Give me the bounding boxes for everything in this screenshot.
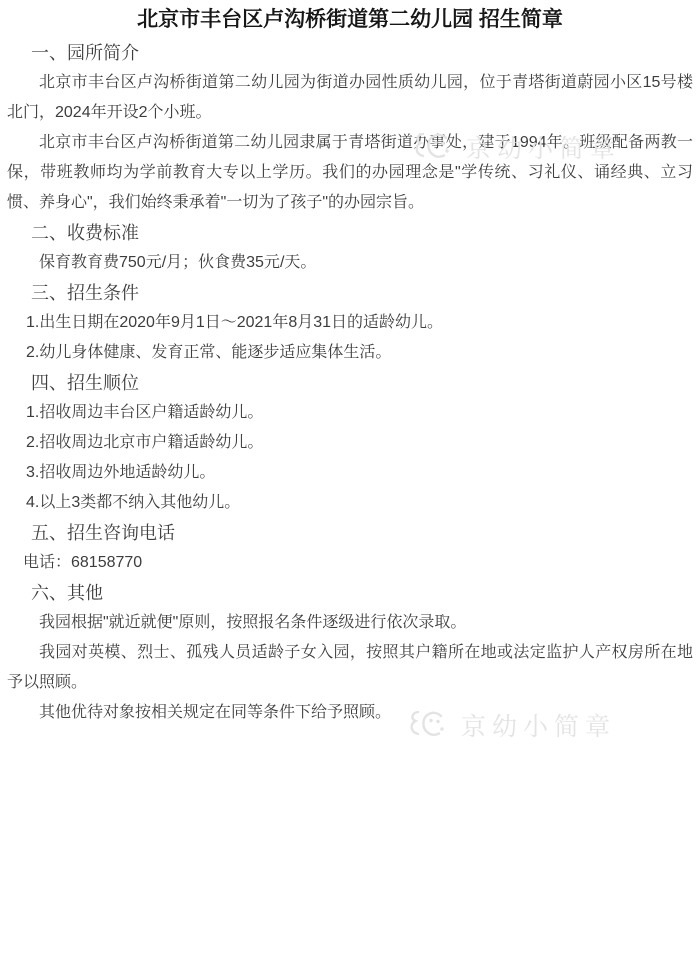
section-heading-fees: 二、收费标准 <box>7 218 693 248</box>
section-heading-phone: 五、招生咨询电话 <box>7 518 693 548</box>
list-item-priority-2: 2.招收周边北京市户籍适龄幼儿。 <box>7 428 693 458</box>
paragraph-fees: 保育教育费750元/月；伙食费35元/天。 <box>7 248 693 278</box>
list-item-priority-3: 3.招收周边外地适龄幼儿。 <box>7 458 693 488</box>
phone-number-line: 电话：68158770 <box>7 548 693 578</box>
list-item-priority-1: 1.招收周边丰台区户籍适龄幼儿。 <box>7 398 693 428</box>
paragraph-overview-1: 北京市丰台区卢沟桥街道第二幼儿园为街道办园性质幼儿园，位于青塔街道蔚园小区15号… <box>7 68 693 128</box>
list-item-condition-2: 2.幼儿身体健康、发育正常、能逐步适应集体生活。 <box>7 338 693 368</box>
section-heading-priority: 四、招生顺位 <box>7 368 693 398</box>
list-item-condition-1: 1.出生日期在2020年9月1日～2021年8月31日的适龄幼儿。 <box>7 308 693 338</box>
section-heading-overview: 一、园所简介 <box>7 38 693 68</box>
paragraph-other-3: 其他优待对象按相关规定在同等条件下给予照顾。 <box>7 698 693 728</box>
document-page: 北京市丰台区卢沟桥街道第二幼儿园 招生简章 一、园所简介 北京市丰台区卢沟桥街道… <box>0 0 700 953</box>
paragraph-overview-2: 北京市丰台区卢沟桥街道第二幼儿园隶属于青塔街道办事处，建于1994年。班级配备两… <box>7 128 693 218</box>
section-heading-conditions: 三、招生条件 <box>7 278 693 308</box>
page-title: 北京市丰台区卢沟桥街道第二幼儿园 招生简章 <box>7 2 693 38</box>
list-item-priority-4: 4.以上3类都不纳入其他幼儿。 <box>7 488 693 518</box>
paragraph-other-2: 我园对英模、烈士、孤残人员适龄子女入园，按照其户籍所在地或法定监护人产权房所在地… <box>7 638 693 698</box>
paragraph-other-1: 我园根据"就近就便"原则，按照报名条件逐级进行依次录取。 <box>7 608 693 638</box>
section-heading-other: 六、其他 <box>7 578 693 608</box>
